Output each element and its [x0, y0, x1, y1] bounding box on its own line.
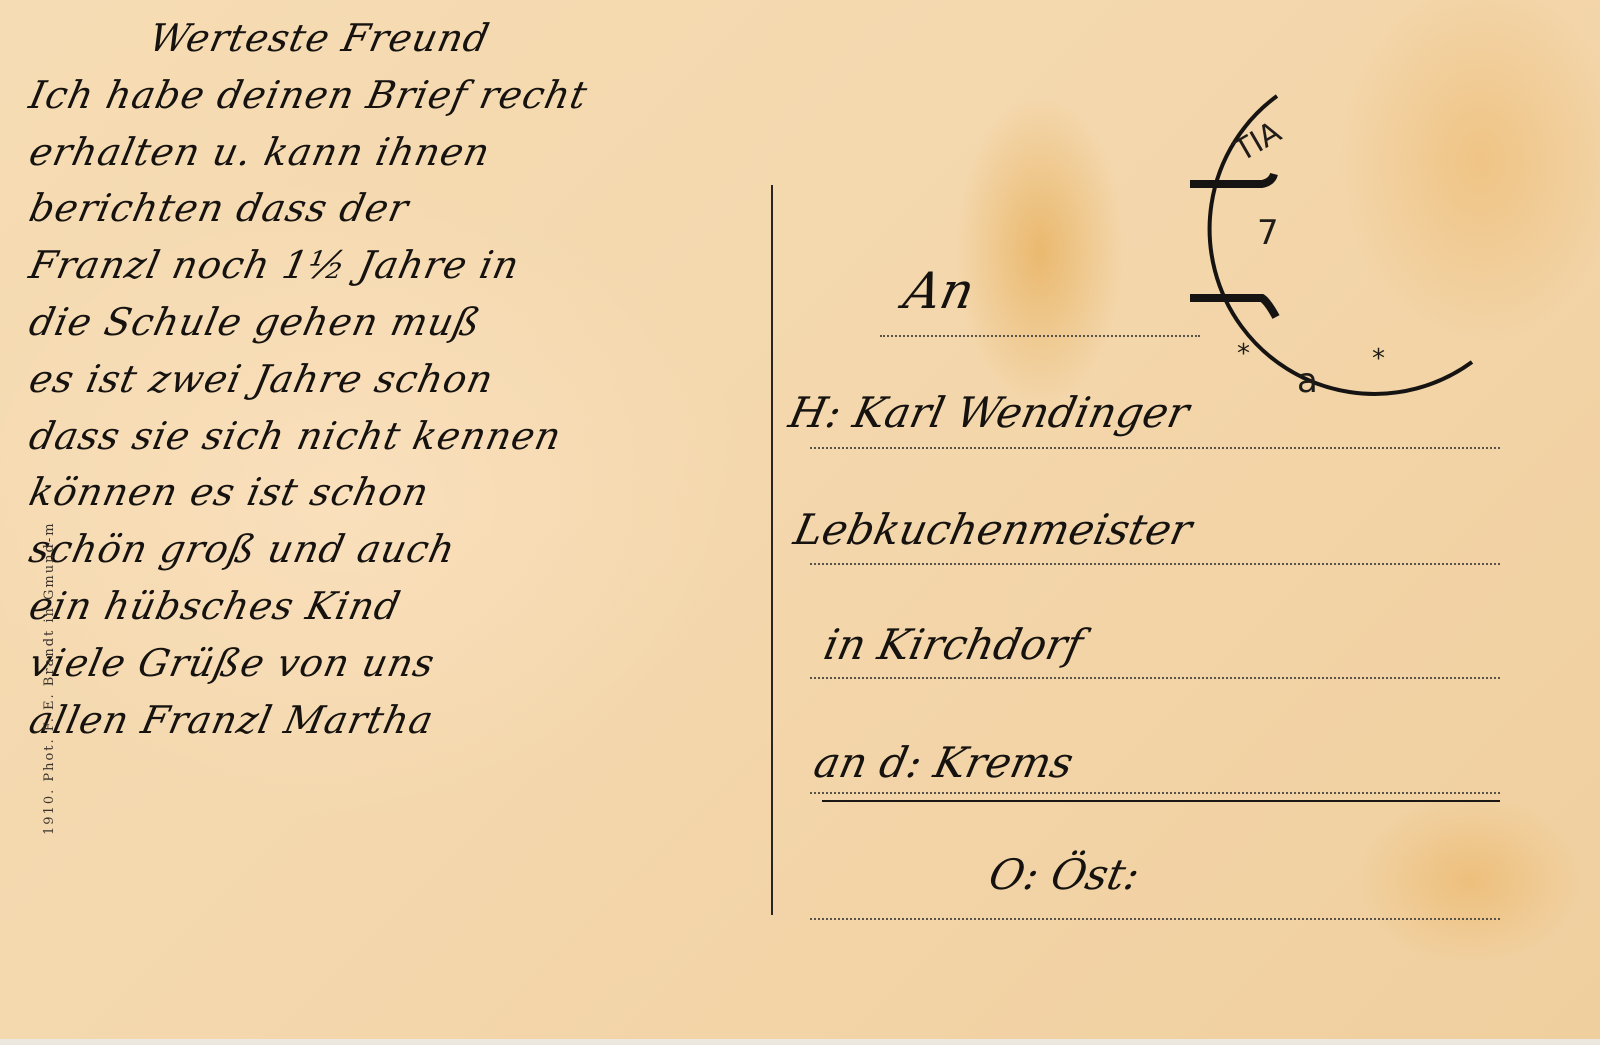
address-rule: [810, 447, 1500, 449]
message-line: viele Grüße von uns: [24, 635, 766, 692]
message-line: dass sie sich nicht kennen: [24, 408, 766, 465]
message-line: Werteste Freund: [24, 10, 766, 67]
message-line: es ist zwei Jahre schon: [24, 351, 766, 408]
svg-text:7: 7: [1257, 213, 1279, 253]
address-rule: [810, 792, 1500, 794]
postmark-stamp-icon: TIA 7 * a *: [1182, 92, 1482, 412]
message-line: allen Franzl Martha: [24, 692, 766, 749]
postcard-back: Werteste Freund Ich habe deinen Brief re…: [0, 0, 1600, 1045]
message-line: die Schule gehen muß: [24, 294, 766, 351]
message-line: ein hübsches Kind: [24, 578, 766, 635]
address-line-river: an d: Krems: [810, 738, 1078, 787]
message-line: berichten dass der: [24, 180, 766, 237]
address-underline: [822, 800, 1500, 802]
address-rule: [810, 677, 1500, 679]
center-divider: [771, 185, 773, 915]
address-rule: [810, 918, 1500, 920]
address-line-country: O: Öst:: [985, 850, 1144, 899]
handwritten-message: Werteste Freund Ich habe deinen Brief re…: [30, 10, 760, 748]
message-line: Franzl noch 1½ Jahre in: [24, 237, 766, 294]
message-line: schön groß und auch: [24, 521, 766, 578]
message-line: können es ist schon: [24, 464, 766, 521]
address-rule: [880, 335, 1200, 337]
address-line-town: in Kirchdorf: [820, 620, 1088, 669]
address-salutation: An: [899, 262, 980, 320]
message-line: erhalten u. kann ihnen: [24, 124, 766, 181]
message-line: Ich habe deinen Brief recht: [24, 67, 766, 124]
svg-text:TIA: TIA: [1228, 115, 1288, 170]
svg-text:a: a: [1297, 361, 1318, 401]
address-line-occupation: Lebkuchenmeister: [790, 505, 1197, 554]
publisher-imprint: 1910. Phot. F. E. Brandt in Gmund-m: [42, 521, 57, 835]
address-line-name: H: Karl Wendinger: [785, 388, 1194, 437]
address-rule: [810, 563, 1500, 565]
svg-text:*: *: [1372, 344, 1385, 374]
svg-text:*: *: [1237, 339, 1250, 369]
